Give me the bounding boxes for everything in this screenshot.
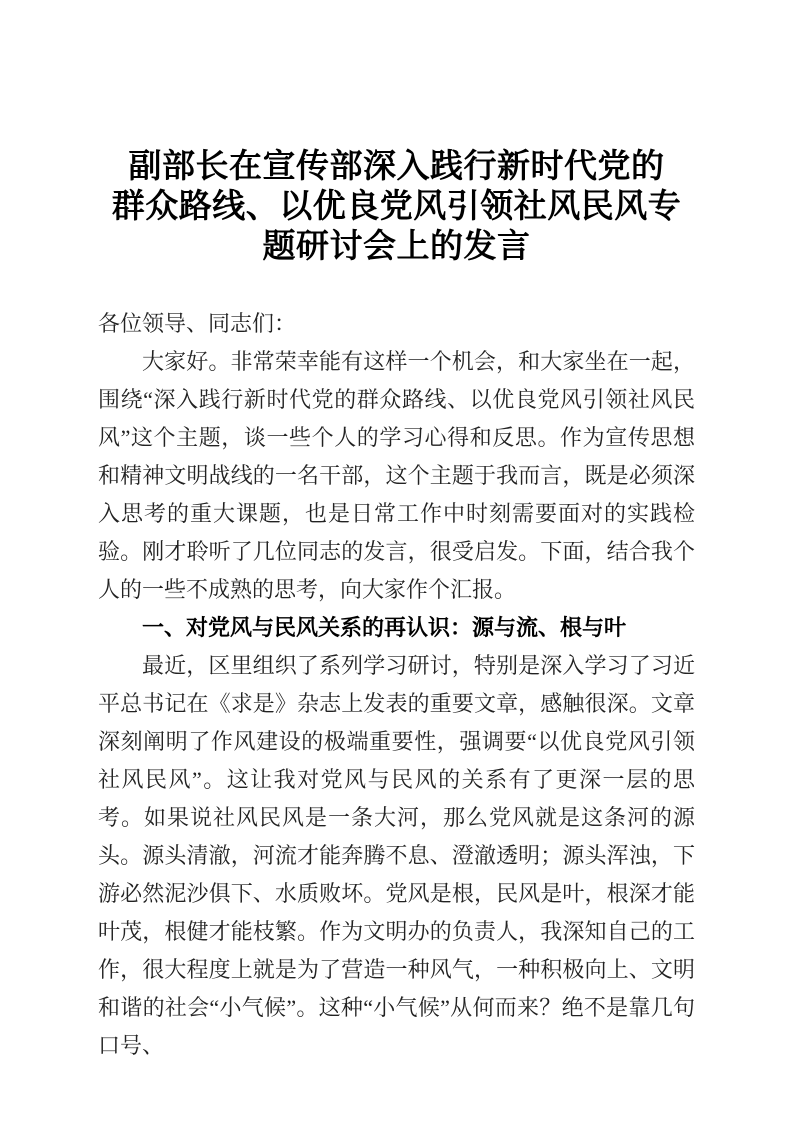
document-content: 副部长在宣传部深入践行新时代党的 群众路线、以优良党风引领社风民风专 题研讨会上… — [98, 147, 695, 1065]
paragraph-opening: 大家好。非常荣幸能有这样一个机会，和大家坐在一起，围绕“深入践行新时代党的群众路… — [98, 343, 695, 609]
salutation: 各位领导、同志们： — [98, 305, 695, 343]
document-title-line-1: 副部长在宣传部深入践行新时代党的 — [98, 147, 695, 187]
document-title-line-2: 群众路线、以优良党风引领社风民风专 — [98, 187, 695, 227]
document-page: 副部长在宣传部深入践行新时代党的 群众路线、以优良党风引领社风民风专 题研讨会上… — [0, 0, 793, 1122]
document-body: 各位领导、同志们： 大家好。非常荣幸能有这样一个机会，和大家坐在一起，围绕“深入… — [98, 305, 695, 1065]
document-title-line-3: 题研讨会上的发言 — [98, 227, 695, 267]
section-heading-1: 一、对党风与民风关系的再认识：源与流、根与叶 — [98, 609, 695, 647]
document-title: 副部长在宣传部深入践行新时代党的 群众路线、以优良党风引领社风民风专 题研讨会上… — [98, 147, 695, 267]
paragraph-section-1: 最近，区里组织了系列学习研讨，特别是深入学习了习近平总书记在《求是》杂志上发表的… — [98, 647, 695, 1065]
